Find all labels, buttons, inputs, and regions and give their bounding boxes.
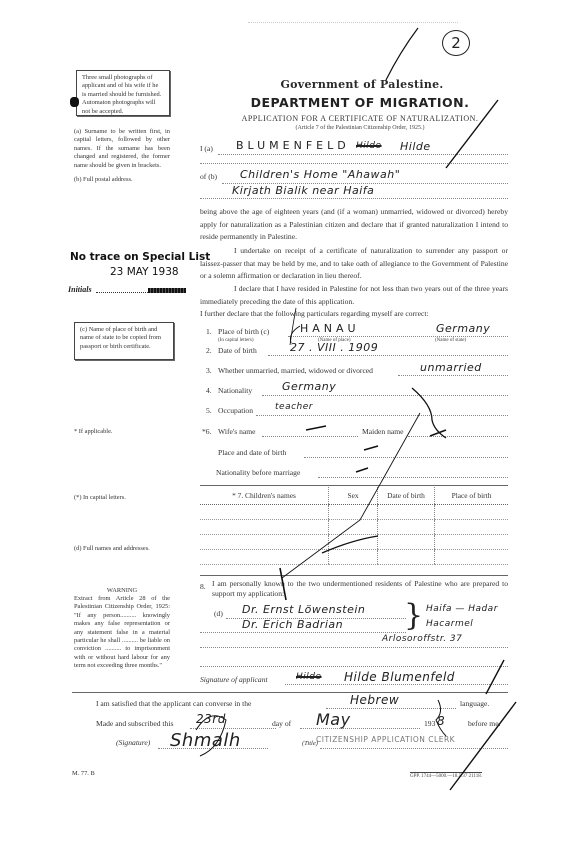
q1-sub: (In capital letters) <box>218 338 254 343</box>
q1-label: Place of birth (c) <box>218 327 269 336</box>
photo-note-box: Three small photographs of applicant and… <box>76 70 170 116</box>
struck-name: Hilde <box>356 141 382 151</box>
occupation: teacher <box>275 402 313 412</box>
col-sex: Sex <box>329 487 378 505</box>
q5-number: 5. <box>206 406 212 415</box>
page-number-circle: 2 <box>442 30 470 56</box>
note-b: (b) Full postal address. <box>74 176 170 184</box>
signature-struck: Hilde <box>296 672 322 682</box>
q2-number: 2. <box>206 346 212 355</box>
q6-number: *6. <box>202 427 212 436</box>
q1-number: 1. <box>206 327 212 336</box>
declaration-age: being above the age of eighteen years (a… <box>200 206 508 244</box>
referee-brace: } <box>404 601 423 631</box>
special-list-stamp: No trace on Special List <box>70 251 210 263</box>
referee-address-2: Hacarmel <box>426 619 473 629</box>
certification-line: I am satisfied that the applicant can co… <box>96 699 251 708</box>
note-capital: (*) In capital letters. <box>74 494 126 502</box>
note-if-applicable: * If applicable. <box>74 428 113 436</box>
stamp-date: 23 MAY 1938 <box>110 266 179 278</box>
article-reference: (Article 7 of the Palestinian Citizenshi… <box>240 125 480 131</box>
referee-2: Dr. Erich Badrian <box>242 618 343 631</box>
name-label: I (a) <box>200 144 213 153</box>
birth-place: HANAU <box>300 322 360 335</box>
government-title: Government of Palestine. <box>262 78 462 91</box>
year-digit: 8 <box>437 714 445 728</box>
year-prefix: 193 <box>424 719 435 728</box>
form-code: M. 77. B <box>72 770 95 778</box>
col-children-names: * 7. Children's names <box>200 487 329 505</box>
made-subscribed-label: Made and subscribed this <box>96 719 173 728</box>
q3-label: Whether unmarried, married, widowed or d… <box>218 366 373 375</box>
signature-label: Signature of applicant <box>200 675 268 684</box>
q8-number: 8. <box>200 582 206 591</box>
children-table-header: * 7. Children's names Sex Date of birth … <box>200 487 508 505</box>
clerk-stamp: CITIZENSHIP APPLICATION CLERK <box>316 735 455 744</box>
table-row <box>200 505 508 520</box>
day-value: 23rd <box>196 712 226 726</box>
scan-artifact <box>248 22 458 25</box>
referee-address-3: Arlosoroffstr. 37 <box>382 634 462 644</box>
birth-state: Germany <box>436 322 490 335</box>
naturalization-application-page: 2 Government of Palestine. DEPARTMENT OF… <box>0 0 584 848</box>
referee-1: Dr. Ernst Löwenstein <box>242 603 365 616</box>
table-row <box>200 550 508 565</box>
stamp-smudge <box>148 288 186 293</box>
before-me-label: before me. <box>468 719 500 728</box>
page-number: 2 <box>451 34 461 52</box>
printer-line: GPP. 1744—5000.—18.5.37 21118. <box>410 772 482 779</box>
wife-place-date-label: Place and date of birth <box>218 448 286 457</box>
day-of-label: day of <box>272 719 291 728</box>
language-suffix: language. <box>460 699 489 708</box>
col-place-of-birth: Place of birth <box>435 487 509 505</box>
q8-text: I am personally known to the two underme… <box>212 579 508 599</box>
referee-address-1: Haifa — Hadar <box>426 604 498 614</box>
marital-status: unmarried <box>420 361 482 374</box>
nationality: Germany <box>282 380 336 393</box>
declaration-particulars: I further declare that the following par… <box>200 308 508 321</box>
table-row <box>200 520 508 535</box>
q4-number: 4. <box>206 386 212 395</box>
address-line-2: Kirjath Bialik near Haifa <box>232 184 374 197</box>
stamp-initials-label: Initials <box>68 285 92 294</box>
officer-signature: Shmalh <box>170 730 241 751</box>
address-line-1: Children's Home "Ahawah" <box>240 168 400 181</box>
q2-label: Date of birth <box>218 346 257 355</box>
application-title: APPLICATION FOR A CERTIFICATE OF NATURAL… <box>200 114 520 123</box>
q3-number: 3. <box>206 366 212 375</box>
declaration-passport: I undertake on receipt of a certificate … <box>200 245 508 283</box>
applicant-signature: Hilde Blumenfeld <box>344 670 455 684</box>
birth-date: 27 . VIII . 1909 <box>290 341 378 354</box>
warning-text: Extract from Article 28 of the Palestini… <box>74 595 170 671</box>
applicant-given-name: Hilde <box>400 140 431 153</box>
language-value: Hebrew <box>350 693 399 707</box>
q5-label: Occupation <box>218 406 253 415</box>
children-table: * 7. Children's names Sex Date of birth … <box>200 487 508 565</box>
wife-name-label: Wife's name <box>218 427 256 436</box>
referees-label: (d) <box>214 609 223 618</box>
applicant-surname: BLUMENFELD <box>236 139 350 152</box>
state-caption: (Name of state) <box>435 338 466 343</box>
wife-nationality-label: Nationality before marriage <box>216 468 300 477</box>
declaration-residence: I declare that I have resided in Palesti… <box>200 283 508 308</box>
officer-signature-label: (Signature) <box>116 738 150 747</box>
department-title: DEPARTMENT OF MIGRATION. <box>240 95 480 110</box>
note-d: (d) Full names and addresses. <box>74 545 150 553</box>
note-c: (c) Name of place of birth and name of s… <box>80 326 161 350</box>
q4-label: Nationality <box>218 386 252 395</box>
ink-blot <box>70 97 79 107</box>
maiden-name-label: Maiden name <box>362 427 404 436</box>
address-label: of (b) <box>200 172 217 181</box>
place-of-birth-note-box: (c) Name of place of birth and name of s… <box>74 322 174 360</box>
table-row <box>200 535 508 550</box>
photo-note: Three small photographs of applicant and… <box>82 74 161 115</box>
col-date-of-birth: Date of birth <box>378 487 435 505</box>
month-value: May <box>316 710 351 729</box>
note-a: (a) Surname to be written first, in capi… <box>74 128 170 170</box>
